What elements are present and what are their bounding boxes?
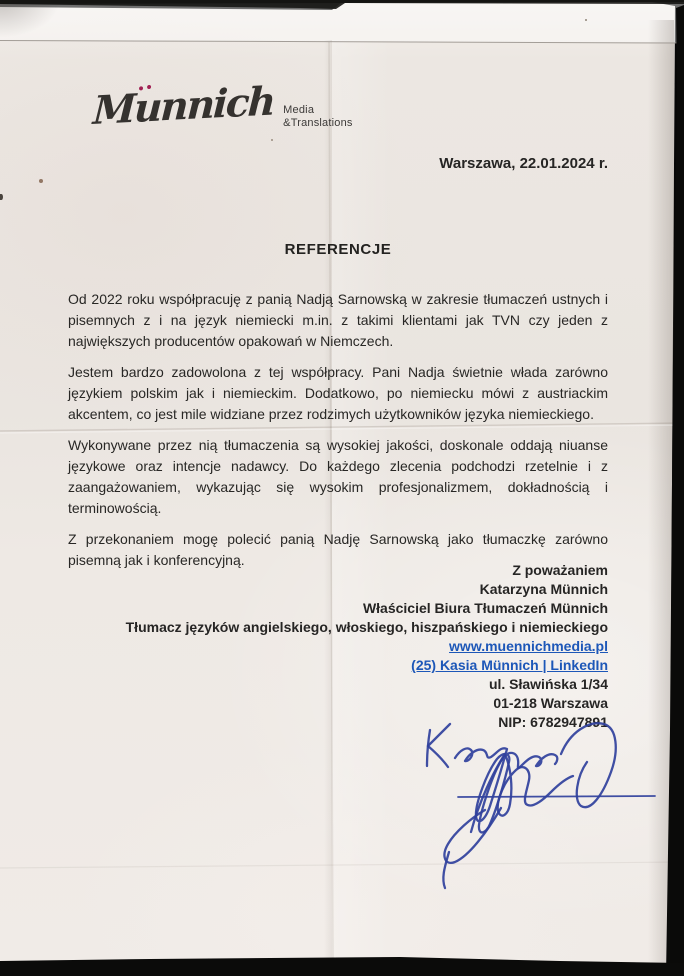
- brand-part: nnich: [159, 78, 275, 130]
- scanned-letter: Munnich Media &Translations Warszawa, 22…: [0, 0, 684, 976]
- paragraph-3: Wykonywane przez nią tłumaczenia są wyso…: [68, 435, 608, 519]
- paper-edge-nick: [0, 194, 3, 200]
- brand-wordmark: Munnich: [92, 82, 275, 131]
- brand-part: M: [92, 86, 136, 134]
- handwritten-signature: [405, 712, 675, 902]
- linkedin-link[interactable]: (25) Kasia Münnich | LinkedIn: [126, 656, 608, 675]
- brand-part: u: [133, 84, 162, 132]
- letter-body: Od 2022 roku współpracuję z panią Nadją …: [68, 289, 608, 581]
- letterhead-logo: Munnich Media &Translations: [92, 92, 353, 131]
- signer-role: Właściciel Biura Tłumaczeń Münnich: [126, 599, 608, 618]
- paragraph-2: Jestem bardzo zadowolona z tej współprac…: [68, 362, 608, 425]
- letter-title: REFERENCJE: [68, 241, 608, 258]
- paper-speck: [585, 19, 587, 21]
- address-city: 01-218 Warszawa: [126, 694, 608, 713]
- brand-subtitle: Media &Translations: [283, 104, 352, 130]
- paper-speck: [271, 139, 273, 141]
- paper-speck: [39, 179, 43, 183]
- signer-name: Katarzyna Münnich: [126, 580, 608, 599]
- brand-subtitle-line1: Media: [283, 104, 352, 117]
- signature-block: Z poważaniem Katarzyna Münnich Właścicie…: [126, 561, 608, 732]
- website-link[interactable]: www.muennichmedia.pl: [126, 637, 608, 656]
- signer-subtitle: Tłumacz języków angielskiego, włoskiego,…: [126, 618, 608, 637]
- closing-line: Z poważaniem: [126, 561, 608, 580]
- address-street: ul. Sławińska 1/34: [126, 675, 608, 694]
- paragraph-1: Od 2022 roku współpracuję z panią Nadją …: [68, 289, 608, 352]
- top-left-corner-shadow: [0, 0, 90, 60]
- dateline: Warszawa, 22.01.2024 r.: [439, 155, 608, 172]
- brand-subtitle-line2: &Translations: [283, 117, 352, 130]
